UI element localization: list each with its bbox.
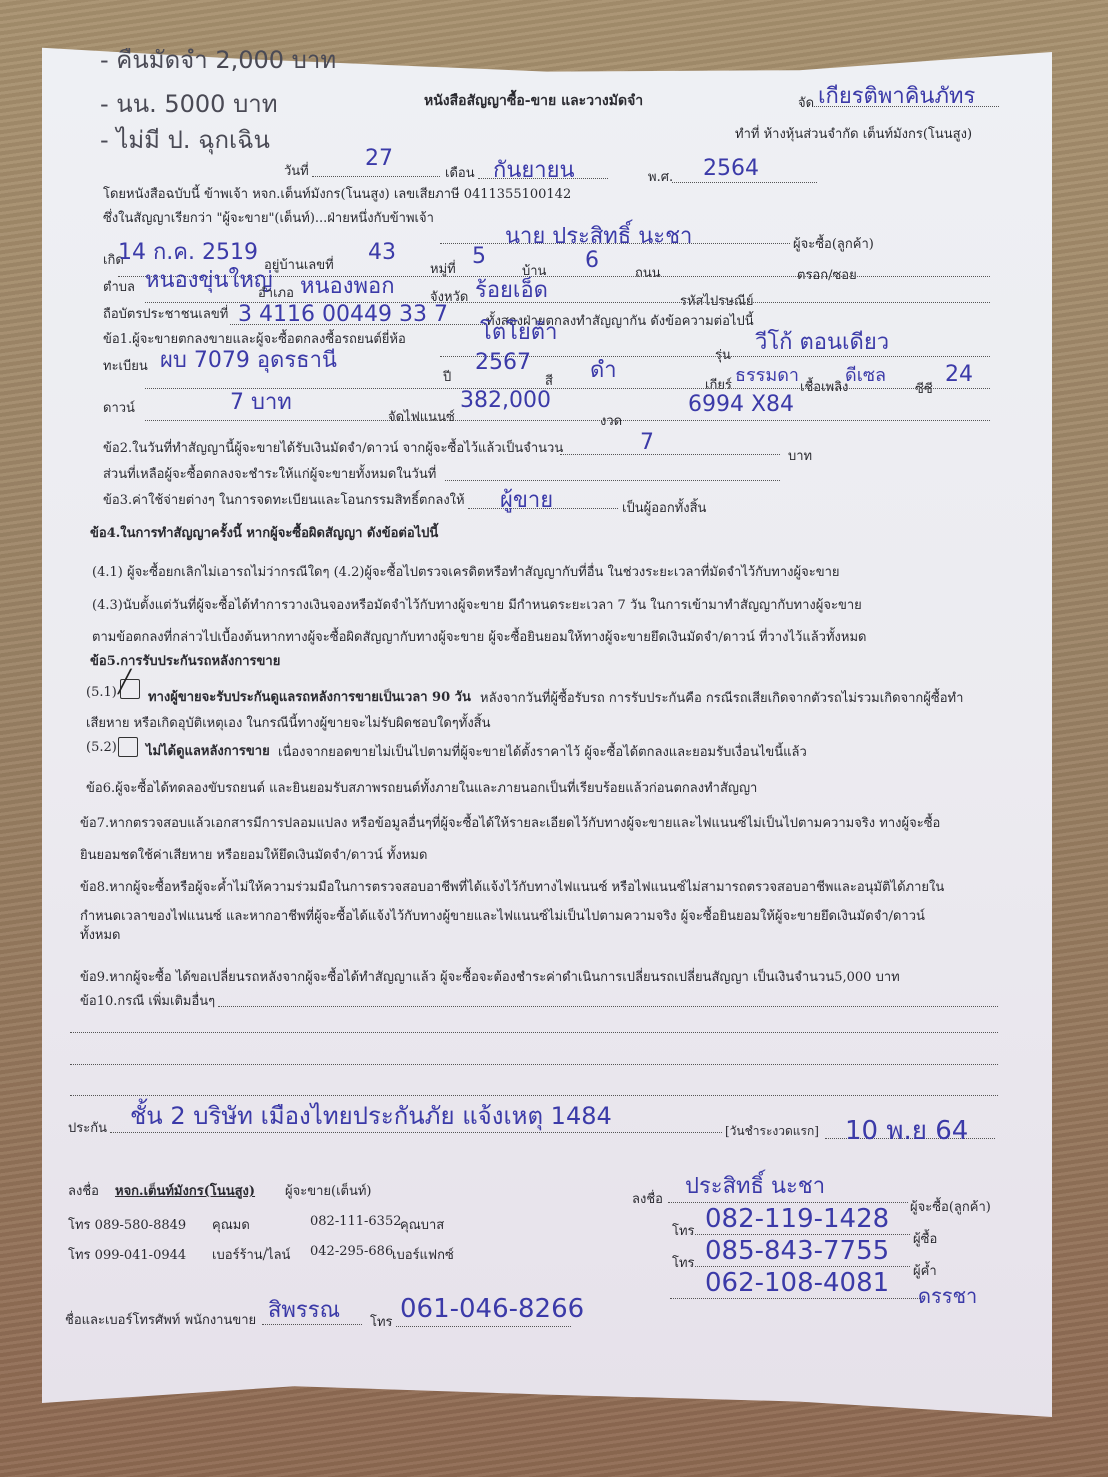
clause2-unit: บาท <box>788 445 812 466</box>
road-label: ถนน <box>635 262 661 283</box>
note-nn: - นน. 5000 บาท <box>100 84 278 123</box>
buyer-tel1-role: ผู้ซื้อ <box>913 1228 937 1249</box>
document-title: หนังสือสัญญาซื้อ-ขาย และวางมัดจำ <box>424 90 643 112</box>
option51-rest: หลังจากวันที่ผู้ซื้อรับรถ การรับประกันคื… <box>480 687 963 708</box>
clause7-line2: ยินยอมชดใช้ค่าเสียหาย หรือยอมให้ยึดเงินม… <box>80 844 427 865</box>
finance-label: จัดไฟแนนซ์ <box>388 406 455 427</box>
buyer-tel2-role: ผู้ค้ำ <box>913 1260 937 1281</box>
salesperson-tel-line <box>396 1326 571 1327</box>
soi-label: ตรอก/ซอย <box>797 264 857 285</box>
option52-text: ไม่ได้ดูแลหลังการขาย <box>146 740 270 761</box>
clause10-line3[interactable] <box>70 1064 998 1065</box>
model-label: รุ่น <box>715 344 731 365</box>
car-model: วีโก้ ตอนเดียว <box>755 324 889 359</box>
down-line <box>145 420 990 421</box>
salesperson-name: สิพรรณ <box>268 1292 340 1327</box>
note-deposit-return: - คืนมัดจำ 2,000 บาท <box>100 40 336 79</box>
seller-phone-4-owner: เบอร์แฟกซ์ <box>392 1244 454 1265</box>
year-label-car: ปี <box>443 366 451 387</box>
year-value: 2564 <box>703 156 759 181</box>
clause9: ข้อ9.หากผู้จะซื้อ ได้ขอเปลี่ยนรถหลังจากผ… <box>80 966 900 987</box>
option51-number: (5.1) <box>86 685 117 700</box>
buyer-tel2-line <box>695 1266 910 1267</box>
buyer-signature: ประสิทธิ์ นะชา <box>685 1168 825 1203</box>
down-label: ดาวน์ <box>103 397 135 418</box>
first-payment-label: [วันชำระงวดแรก] <box>725 1122 819 1141</box>
clause2-text: ข้อ2.ในวันที่ทำสัญญานี้ผู้จะขายได้รับเงิ… <box>103 437 563 458</box>
clause4-line3: ตามข้อตกลงที่กล่าวไปเบื้องต้นหากทางผู้จะ… <box>92 626 866 647</box>
at-value: เกียรติพาคินภัทร <box>818 78 975 113</box>
seller-phone-3-owner: เบอร์ร้าน/ไลน์ <box>212 1244 290 1265</box>
day-line <box>312 176 440 177</box>
insurance-label: ประกัน <box>68 1117 107 1138</box>
buyer-tel2-label: โทร <box>672 1252 695 1273</box>
installment-value: 6994 X84 <box>688 392 794 417</box>
clause3-text: ข้อ3.ค่าใช้จ่ายต่างๆ ในการจดทะเบียนและโอ… <box>103 489 465 510</box>
option52-number: (5.2) <box>86 740 117 755</box>
clause4-line1: (4.1) ผู้จะซื้อยกเลิกไม่เอารถไม่ว่ากรณีใ… <box>92 561 840 582</box>
option52-checkbox[interactable] <box>118 737 138 757</box>
seller-phone-1-owner: คุณมด <box>212 1214 250 1235</box>
option51-line2: เสียหาย หรือเกิดอุบัติเหตุเอง ในกรณีนี้ท… <box>86 712 491 733</box>
clause5-title: ข้อ5.การรับประกันรถหลังการขาย <box>90 650 280 671</box>
checkmark-icon: ╱ <box>118 672 131 694</box>
seller-phone-4: 042-295-686 <box>310 1244 393 1259</box>
car-reg: ผบ 7079 อุดรธานี <box>160 342 337 377</box>
seller-line: ซึ่งในสัญญาเรียกว่า "ผู้จะขาย"(เต็นท์)..… <box>103 207 434 228</box>
buyer-sign-role: ผู้จะซื้อ(ลูกค้า) <box>910 1196 991 1217</box>
place: ทำที่ ห้างหุ้นส่วนจำกัด เต็นท์มังกร(โนนส… <box>735 123 972 144</box>
clause6: ข้อ6.ผู้จะซื้อได้ทดลองขับรถยนต์ และยินยอ… <box>86 777 757 798</box>
buyer-sign-label: ลงชื่อ <box>632 1188 663 1209</box>
salesperson-tel: 061-046-8266 <box>400 1294 584 1324</box>
year-line <box>672 182 817 183</box>
clause4-title: ข้อ4.ในการทำสัญญาครั้งนี้ หากผู้จะซื้อผิ… <box>90 522 438 543</box>
district-value: หนองพอก <box>300 268 395 303</box>
seller-sign-role: ผู้จะขาย(เต็นท์) <box>285 1180 372 1201</box>
note-no-emergency: - ไม่มี ป. ฉุกเฉิน <box>100 120 270 159</box>
buyer-tel1: 082-119-1428 <box>705 1204 889 1234</box>
seller-phone-2: 082-111-6352 <box>310 1214 402 1229</box>
day-value: 27 <box>365 146 393 171</box>
clause2-remain: ส่วนที่เหลือผู้จะซื้อตกลงจะชำระให้แก่ผู้… <box>103 463 436 484</box>
intro-text: โดยหนังสือฉบับนี้ ข้าพเจ้า หจก.เต็นท์มัง… <box>103 183 571 204</box>
option51-text: ทางผู้ขายจะรับประกันดูแลรถหลังการขายเป็น… <box>148 686 471 707</box>
clause3-suffix: เป็นผู้ออกทั้งสิ้น <box>622 497 706 518</box>
finance-value: 382,000 <box>460 388 551 413</box>
car-brand: โตโยต้า <box>480 314 557 349</box>
clause8-line1: ข้อ8.หากผู้จะซื้อหรือผู้จะค้ำไม่ให้ความร… <box>80 876 944 897</box>
clause8-line2: กำหนดเวลาของไฟแนนซ์ และหากอาชีพที่ผู้จะซ… <box>80 905 925 926</box>
buyer-tel2: 085-843-7755 <box>705 1236 889 1266</box>
fuel-label: เชื้อเพลิง <box>800 376 848 397</box>
house-value: 43 <box>368 240 396 265</box>
car-year: 2567 <box>475 350 531 375</box>
month-value: กันยายน <box>493 152 575 187</box>
clause10-label: ข้อ10.กรณี เพิ่มเติมอื่นๆ <box>80 990 215 1011</box>
car-cc: 24 <box>945 362 973 387</box>
village-value: 6 <box>585 248 599 273</box>
clause10-line2[interactable] <box>70 1032 998 1033</box>
seller-phone-3: โทร 099-041-0944 <box>68 1244 186 1265</box>
seller-phone-1: โทร 089-580-8849 <box>68 1214 186 1235</box>
fee-payer: ผู้ขาย <box>500 482 553 517</box>
clause7-line1: ข้อ7.หากตรวจสอบแล้วเอกสารมีการปลอมแปลง ห… <box>80 812 940 833</box>
remain-line <box>445 480 780 481</box>
subdistrict-value: หนองขุ่นใหญ่ <box>145 262 273 297</box>
district-label: อำเภอ <box>258 282 294 303</box>
buyer-tel3: 062-108-4081 <box>705 1268 889 1298</box>
car-color: ดำ <box>590 352 617 387</box>
buyer-tel3-line <box>670 1298 920 1299</box>
subdistrict-label: ตำบล <box>103 276 135 297</box>
moo-value: 5 <box>472 244 486 269</box>
seller-phone-2-owner: คุณบาส <box>400 1214 444 1235</box>
seller-sign-name: หจก.เต็นท์มังกร(โนนสูง) <box>115 1180 255 1201</box>
insurance-value: ชั้น 2 บริษัท เมืองไทยประกันภัย แจ้งเหตุ… <box>130 1096 612 1135</box>
buyer-tel1-line <box>695 1234 910 1235</box>
down-value: 7 บาท <box>230 384 292 419</box>
month-label: เดือน <box>445 162 475 183</box>
car-gear: ธรรมดา <box>735 360 799 389</box>
reg-label: ทะเบียน <box>103 355 148 376</box>
salesperson-label: ชื่อและเบอร์โทรศัพท์ พนักงานขาย <box>65 1309 256 1330</box>
option52-rest: เนื่องจากยอดขายไม่เป็นไปตามที่ผู้จะขายได… <box>278 741 807 762</box>
clause8-line3: ทั้งหมด <box>80 924 121 945</box>
id-label: ถือบัตรประชาชนเลขที่ <box>103 303 228 324</box>
car-fuel: ดีเซล <box>845 360 886 389</box>
clause4-line2: (4.3)นับตั้งแต่วันที่ผู้จะซื้อได้ทำการวา… <box>92 594 862 615</box>
clause2-line <box>560 454 780 455</box>
salesperson-tel-label: โทร <box>370 1311 393 1332</box>
at-label: จัด <box>798 92 814 113</box>
seller-sign-label: ลงชื่อ <box>68 1180 99 1201</box>
id-value: 3 4116 00449 33 7 <box>238 302 448 327</box>
buyer-role: ผู้จะซื้อ(ลูกค้า) <box>793 233 874 254</box>
buyer-tel1-label: โทร <box>672 1220 695 1241</box>
first-payment-value: 10 พ.ย 64 <box>845 1110 968 1151</box>
buyer-tel3-role: ดรรชา <box>918 1280 977 1312</box>
year-label: พ.ศ. <box>648 166 673 187</box>
day-label: วันที่ <box>284 160 309 181</box>
deposit-amount: 7 <box>640 430 654 455</box>
postal-label: รหัสไปรษณีย์ <box>680 290 754 311</box>
clause10-line1[interactable] <box>218 1006 998 1007</box>
